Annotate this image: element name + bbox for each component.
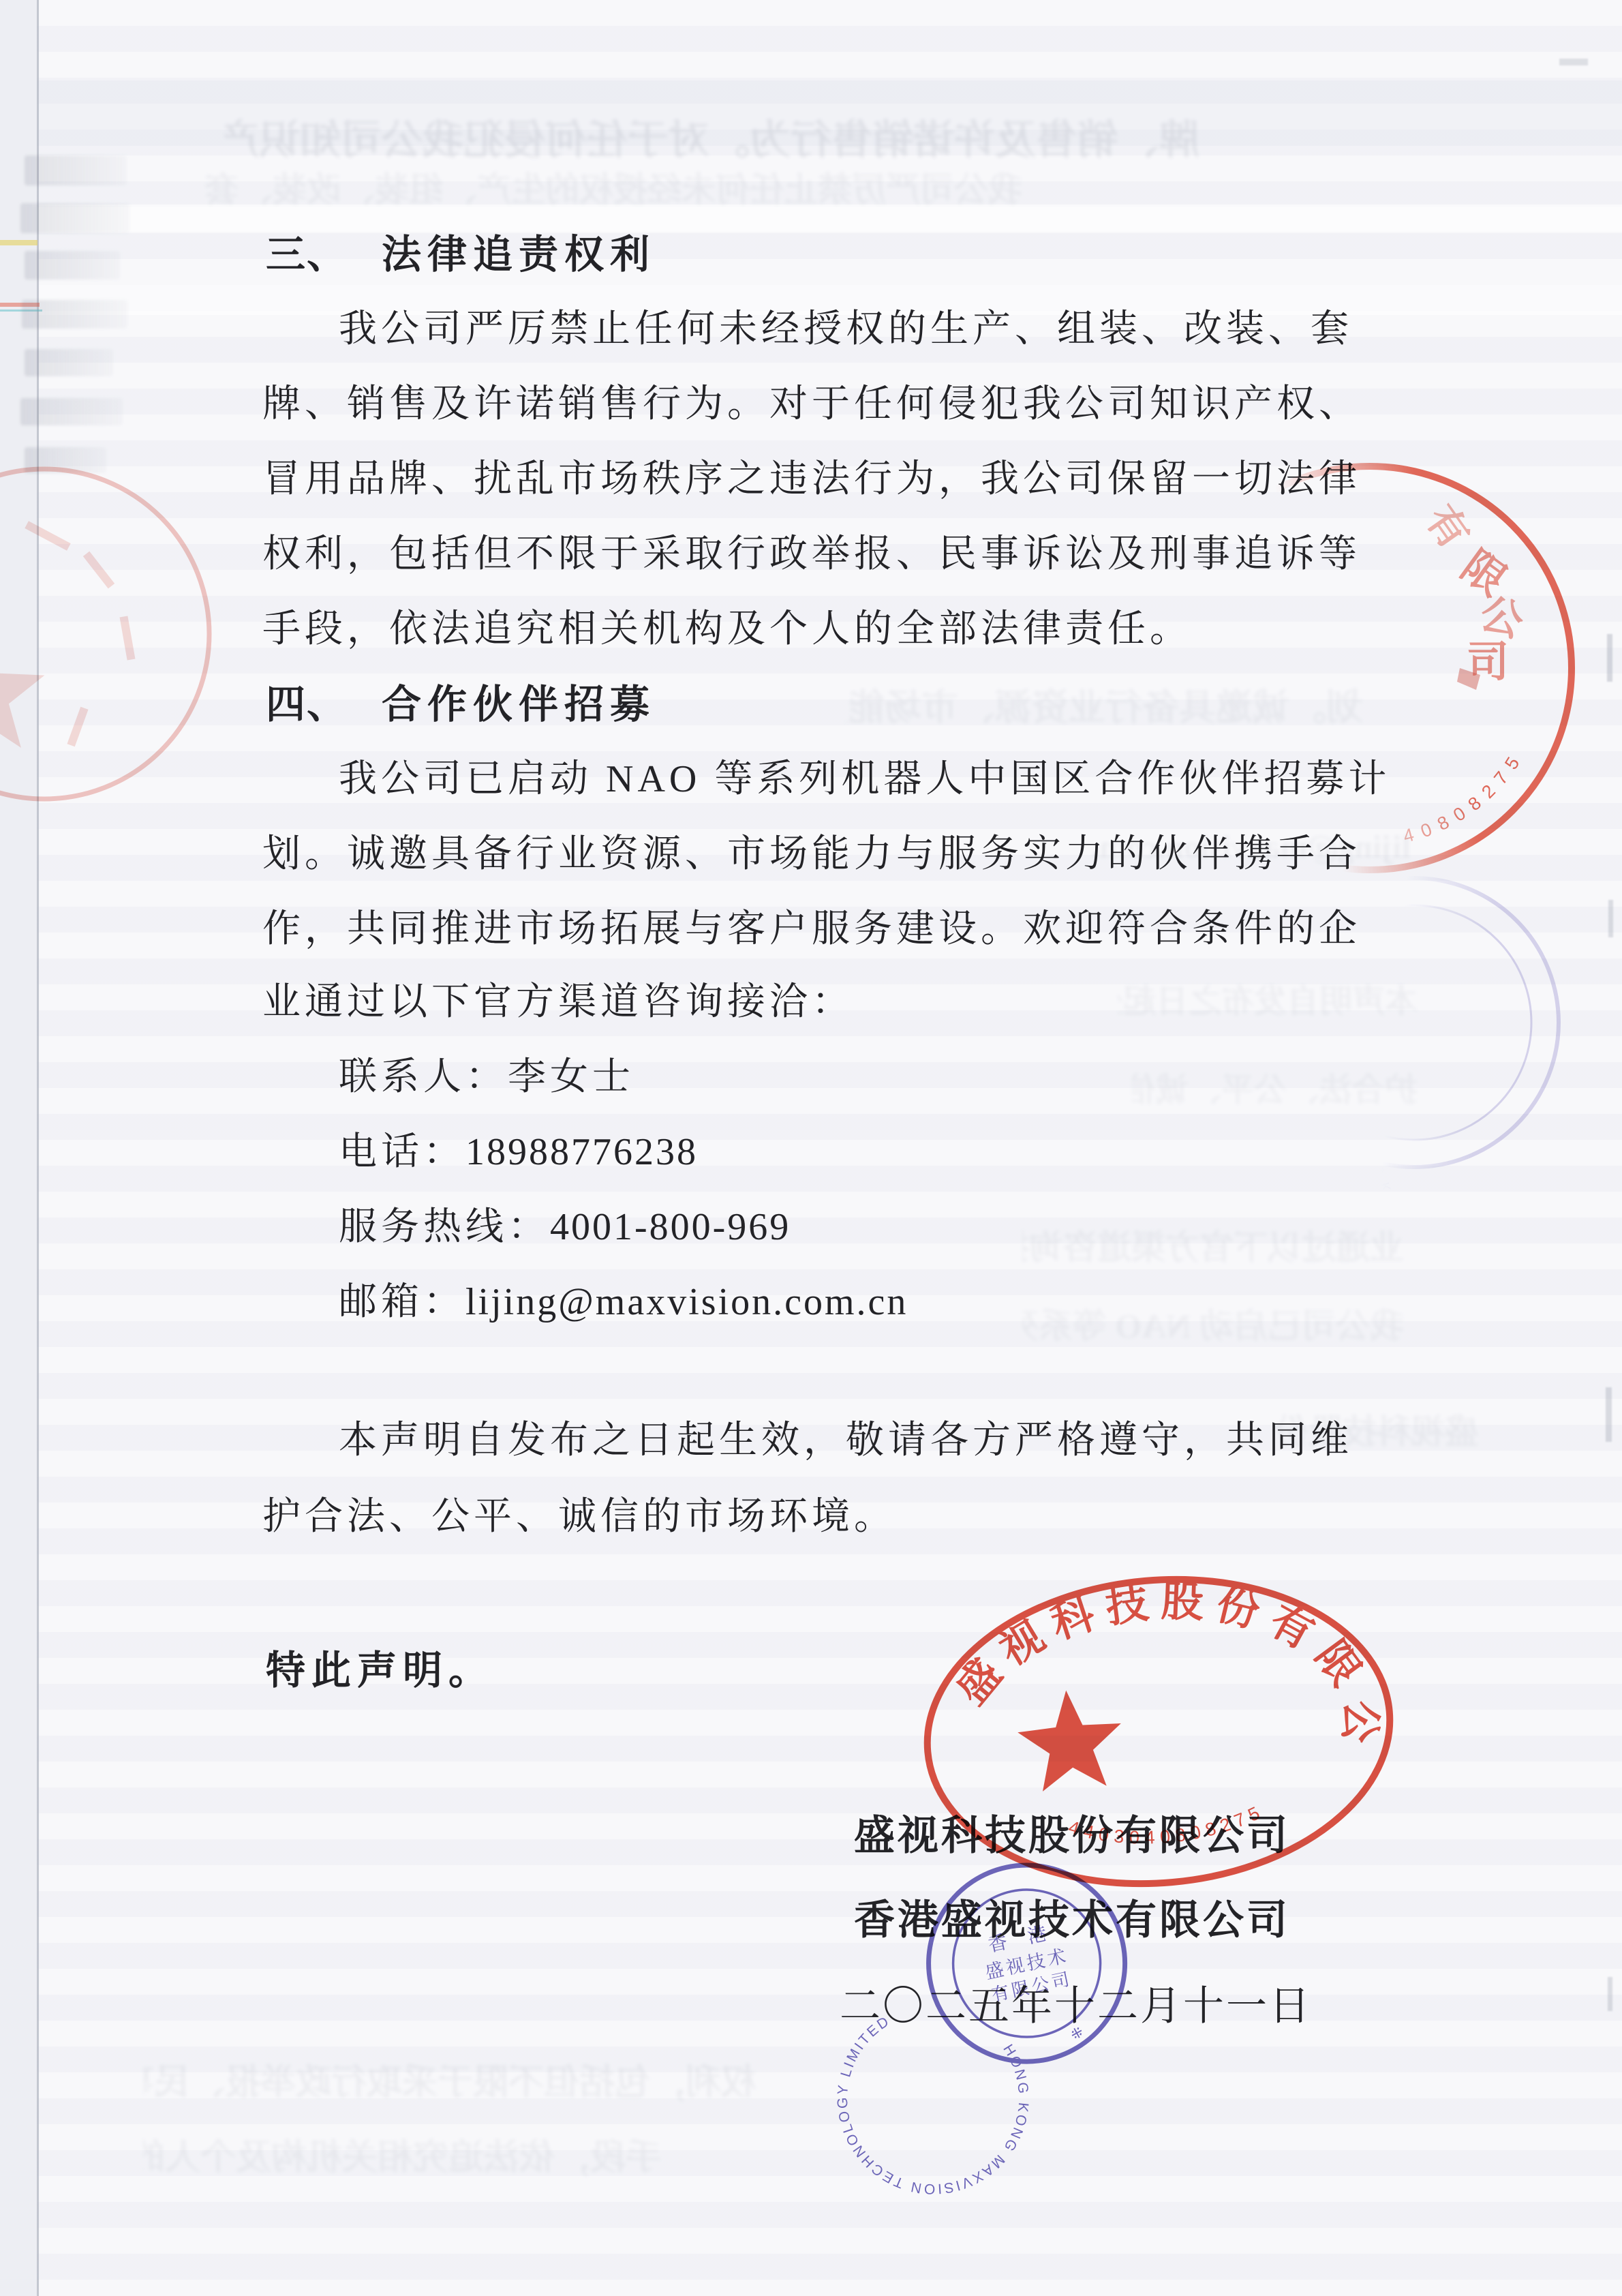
scan-left-edge: [0, 0, 37, 2296]
paragraph-1-line: 手段，依法追究相关机构及个人的全部法律责任。: [262, 605, 1192, 653]
contact-person-label: 联系人：: [339, 1056, 508, 1098]
bleed-through-mark: [25, 155, 127, 185]
section-3-heading: 三、法律追责权利: [266, 230, 656, 280]
bleed-through-mark: [25, 251, 120, 280]
paragraph-1-line: 牌、销售及许诺销售行为。对于任何侵犯我公司知识产权、: [262, 380, 1361, 428]
contact-phone-label: 电话：: [339, 1131, 465, 1173]
contact-hotline-row: 服务热线：4001-800-969: [339, 1203, 791, 1251]
svg-text:40808275: 40808275: [1401, 746, 1529, 847]
declaration-text: 特此声明。: [266, 1646, 494, 1696]
corner-red-stamp: 有 限 公 司 40808275: [1152, 436, 1615, 900]
scan-artifact: [1606, 1387, 1612, 1442]
contact-email-label: 邮箱：: [339, 1281, 465, 1323]
contact-email-value: lijing@maxvision.com.cn: [465, 1281, 908, 1323]
contact-hotline-label: 服务热线：: [339, 1206, 550, 1248]
scan-band: [0, 80, 1622, 146]
paragraph-1-line: 我公司严厉禁止任何未经授权的生产、组装、改装、套: [339, 305, 1353, 353]
paragraph-2-line: 作，共同推进市场拓展与客户服务建设。欢迎符合条件的企: [262, 905, 1361, 953]
bleed-through-text: 牌、销售及许诺销售行为。对于任何侵犯我公司知识产权、: [225, 108, 1199, 166]
section-4-title: 合作伙伴招募: [382, 682, 656, 727]
right-bleed-blue-stamp: HONG KONG MAXVISION TECHNOLOGY LIMITED: [1261, 869, 1581, 1190]
blue-stamp-separator-mark: ※: [1069, 2023, 1086, 2043]
left-bleed-star: [0, 631, 44, 748]
bleed-through-text: 我公司已启动 NAO 等系列机器人中国区合作伙伴招募计: [1022, 1299, 1404, 1348]
section-3-number: 三、: [266, 232, 348, 277]
main-stamp-serial: 4403040808275: [1065, 1800, 1270, 1856]
section-4-heading: 四、合作伙伴招募: [266, 680, 656, 730]
svg-text:HONG KONG MAXVISION TECHNOLOGY: HONG KONG MAXVISION TECHNOLOGY LIMITED: [1163, 1130, 1398, 1370]
corner-stamp-char: 有: [1417, 498, 1477, 557]
contact-phone-row: 电话：18988776238: [339, 1128, 698, 1176]
main-stamp-arc-text: 盛视科技股份有限公司: [855, 1498, 1388, 1799]
section-3-title: 法律追责权利: [382, 232, 656, 277]
bleed-through-text: 权利，包括但不限于采取行政举报、民事诉讼及刑事追诉等: [143, 2053, 756, 2104]
blue-stamp: HONG KONG MAXVISION TECHNOLOGY LIMITED 香…: [921, 1861, 1133, 2072]
left-bleed-stamp: [0, 429, 249, 839]
bleed-through-text: 我公司严厉禁止任何未经授权的生产、组装、改装、套: [204, 162, 1022, 211]
paragraph-2-line: 业通过以下官方渠道咨询接洽：: [262, 978, 854, 1026]
scan-artifact: [1608, 900, 1613, 937]
scan-band: [0, 205, 1622, 232]
contact-email-row: 邮箱：lijing@maxvision.com.cn: [339, 1278, 908, 1326]
section-4-number: 四、: [266, 682, 348, 727]
main-stamp-star: [1014, 1686, 1126, 1793]
closing-line: 本声明自发布之日起生效，敬请各方严格遵守，共同维: [339, 1417, 1353, 1464]
svg-text:4403040808275: 4403040808275: [1065, 1800, 1270, 1856]
contact-person-row: 联系人：李女士: [339, 1053, 634, 1101]
scan-left-edge-line: [37, 0, 39, 2296]
scan-artifact: [1608, 1977, 1612, 2011]
scan-artifact: [1559, 59, 1588, 65]
closing-line: 护合法、公平、诚信的市场环境。: [262, 1493, 896, 1541]
contact-hotline-value: 4001-800-969: [550, 1206, 791, 1248]
svg-text:盛视科技股份有限公司: 盛视科技股份有限公司: [855, 1498, 1388, 1799]
bleed-through-text: 业通过以下官方渠道咨询接洽：: [1022, 1220, 1404, 1269]
scanned-document-page: 牌、销售及许诺销售行为。对于任何侵犯我公司知识产权、 我公司严厉禁止任何未经授权…: [0, 0, 1622, 2296]
right-bleed-stamp-arc-text: HONG KONG MAXVISION TECHNOLOGY LIMITED: [1163, 1130, 1398, 1370]
contact-phone-value: 18988776238: [465, 1131, 698, 1173]
bleed-through-text: 手段，依法追究相关机构及个人的全部法律责任。: [143, 2128, 661, 2179]
contact-person-value: 李女士: [508, 1056, 634, 1098]
corner-stamp-serial: 40808275: [1401, 746, 1529, 847]
